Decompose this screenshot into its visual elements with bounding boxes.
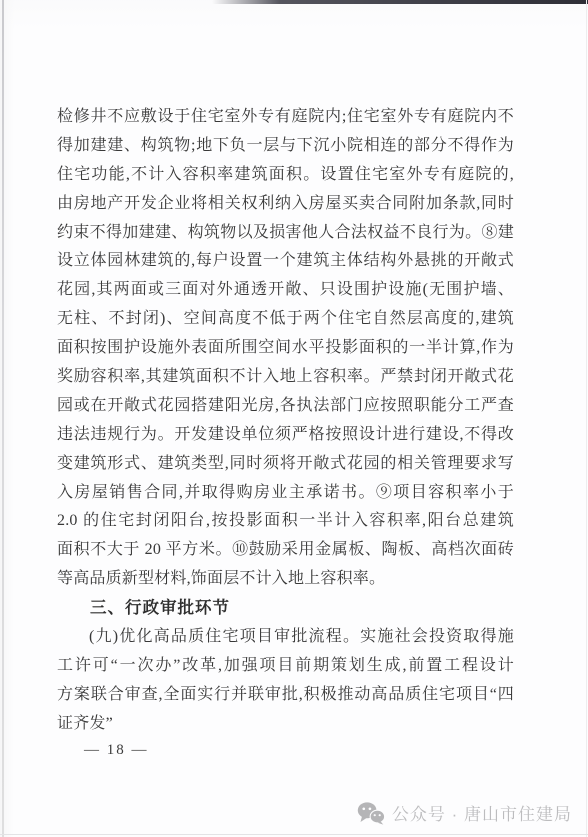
- wechat-icon: [357, 801, 385, 825]
- body-text-line: 违法违规行为。开发建设单位须严格按照设计进行建设,不得改: [57, 421, 514, 450]
- section-heading: 三、行政审批环节: [57, 594, 514, 623]
- body-text-line: 园或在开敞式花园搭建阳光房,各执法部门应按照职能分工严查: [57, 392, 514, 421]
- body-text-line: 入房屋销售合同,并取得购房业主承诺书。⑨项目容积率小于: [57, 479, 514, 508]
- body-text-line: 检修井不应敷设于住宅室外专有庭院内;住宅室外专有庭院内不: [57, 103, 514, 132]
- body-text-line: 花园,其两面或三面对外通透开敞、只设围护设施(无围护墙、: [57, 276, 514, 305]
- scan-bottom-edge-line: [0, 834, 588, 835]
- body-text-line: 无柱、不封闭)、空间高度不低于两个住宅自然层高度的,建筑: [57, 305, 514, 334]
- body-text-line: 设立体园林建筑的,每户设置一个建筑主体结构外悬挑的开敞式: [57, 247, 514, 276]
- page-number: — 18 —: [84, 742, 149, 759]
- body-text-line: 住宅功能,不计入容积率建筑面积。设置住宅室外专有庭院的,: [57, 161, 514, 190]
- body-text-line: 证齐发”: [57, 710, 514, 739]
- body-text-line: 面积按围护设施外表面所围空间水平投影面积的一半计算,作为: [57, 334, 514, 363]
- document-text-block: 检修井不应敷设于住宅室外专有庭院内;住宅室外专有庭院内不 得加建建、构筑物;地下…: [57, 103, 514, 739]
- body-text-line: 工许可“一次办”改革,加强项目前期策划生成,前置工程设计: [57, 652, 514, 681]
- body-text-line: 约束不得加建建、构筑物以及损害他人合法权益不良行为。⑧建: [57, 219, 514, 248]
- body-text-line: 2.0 的住宅封闭阳台,按投影面积一半计入容积率,阳台总建筑: [57, 507, 514, 536]
- body-text-line: 变建筑形式、建筑类型,同时须将开敞式花园的相关管理要求写: [57, 450, 514, 479]
- body-text-line: 得加建建、构筑物;地下负一层与下沉小院相连的部分不得作为: [57, 132, 514, 161]
- scan-top-edge-bar: [212, 0, 588, 4]
- body-text-line: 面积不大于 20 平方米。⑩鼓励采用金属板、陶板、高档次面砖: [57, 536, 514, 565]
- scan-right-edge-line: [586, 0, 587, 837]
- watermark: 公众号 · 唐山市住建局: [357, 800, 572, 825]
- scan-left-edge-line: [2, 0, 4, 837]
- body-text-line: 方案联合审查,全面实行并联审批,积极推动高品质住宅项目“四: [57, 681, 514, 710]
- body-text-line: 由房地产开发企业将相关权利纳入房屋买卖合同附加条款,同时: [57, 190, 514, 219]
- watermark-label: 公众号 · 唐山市住建局: [392, 800, 572, 825]
- body-text-line: 奖励容积率,其建筑面积不计入地上容积率。严禁封闭开敞式花: [57, 363, 514, 392]
- body-text-line: (九)优化高品质住宅项目审批流程。实施社会投资取得施: [57, 623, 514, 652]
- body-text-line: 等高品质新型材料,饰面层不计入地上容积率。: [57, 565, 514, 594]
